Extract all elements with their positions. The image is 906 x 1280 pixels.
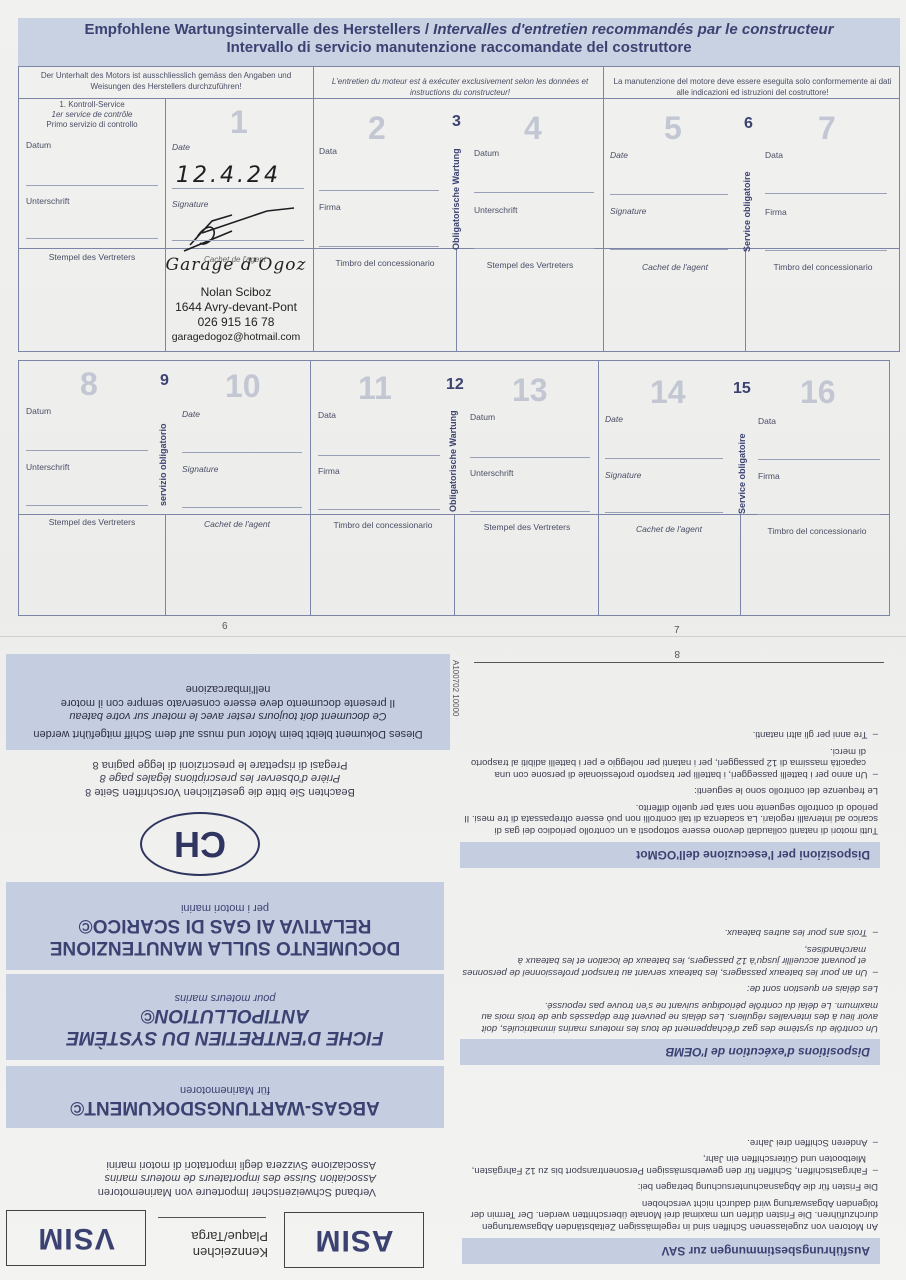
stamp-label: Cachet de l'agent xyxy=(600,524,738,534)
back-cover-upside-down: Ausführungsbestimmungen zur SAV An Motor… xyxy=(0,640,906,1280)
date-label: Date xyxy=(605,414,623,424)
divider xyxy=(313,66,314,352)
subtitle-it: per i motori marini xyxy=(6,902,444,914)
section-sav-title: Ausführungsbestimmungen zur SAV xyxy=(462,1238,880,1264)
section-sav-body: An Motoren von zugelassenen Schiffen sin… xyxy=(462,1132,878,1233)
header-title-line1: Empfohlene Wartungsintervalle des Herste… xyxy=(18,21,900,38)
mandatory-label-3: Obligatorische Wartung xyxy=(451,148,461,250)
first-service-de: 1. Kontroll-Service xyxy=(22,100,162,110)
signature-line xyxy=(470,511,590,512)
association-de: Verband Schweizerischer Importeure von M… xyxy=(16,1185,376,1199)
legal-ref-it: Pregasi di rispettare le prescrizioni di… xyxy=(10,758,430,772)
signature-label: Firma xyxy=(758,471,780,481)
date-label: Datum xyxy=(470,412,495,422)
date-line xyxy=(474,192,594,193)
date-label: Date xyxy=(172,142,190,152)
plate-entry-line[interactable] xyxy=(158,1217,266,1218)
signature-label: Unterschrift xyxy=(470,468,513,478)
ogmot-bullet: – Tre anni per gli altri natanti. xyxy=(462,729,878,741)
section-sav-header: Ausführungsbestimmungen zur SAV xyxy=(462,1238,880,1264)
service-number-5: 5 xyxy=(664,110,682,147)
subtitle-de: für Marinemotoren xyxy=(6,1084,444,1096)
notice-fr: Ce document doit toujours rester avec le… xyxy=(26,709,430,723)
mandatory-label-6: Service obligatoire xyxy=(742,171,752,252)
legal-ref-fr: Prière d'observer les prescriptions léga… xyxy=(10,771,430,785)
date-line xyxy=(318,455,440,456)
section-oemb-header: Dispositions d'exécution de l'OEMB xyxy=(460,1039,880,1065)
date-label: Date xyxy=(610,150,628,160)
title-it-band: DOCUMENTO SULLA MANUTENZIONE RELATIVA AI… xyxy=(6,882,444,970)
date-line xyxy=(182,452,302,453)
date-label: Datum xyxy=(26,406,51,416)
stamp-label: Stempel des Vertreters xyxy=(458,522,596,532)
header-title-it: Intervallo di servicio manutenzione racc… xyxy=(18,39,900,56)
sav-bullet: – Fahrgastschiffen, Schiffen für den gew… xyxy=(462,1153,878,1176)
divider xyxy=(454,514,455,616)
date-line xyxy=(605,458,723,459)
date-line xyxy=(470,457,590,458)
service-number-15: 15 xyxy=(733,380,751,398)
service-number-16: 16 xyxy=(800,374,836,411)
ogmot-paragraph: Tutti motori di natanti collaudati devon… xyxy=(462,802,878,837)
signature-label: Firma xyxy=(765,207,787,217)
date-label: Data xyxy=(318,410,336,420)
rule xyxy=(474,662,884,663)
association-names: Verband Schweizerischer Importeure von M… xyxy=(16,1158,376,1199)
stamp-label: Stempel des Vertreters xyxy=(460,260,600,270)
notice-de: Dieses Dokument bleibt beim Motor und mu… xyxy=(26,727,430,741)
print-code: A100702 10000 xyxy=(451,660,460,717)
stamp-label: Cachet de l'agent xyxy=(606,262,744,272)
plate-label: Kennzeichen Plaque/Targa xyxy=(191,1228,268,1260)
service-number-6: 6 xyxy=(744,115,753,133)
notice-it: Il presente documento deve essere conser… xyxy=(26,682,430,709)
oemb-bullet: – Un an pour les bateaux passagers, les … xyxy=(462,944,878,979)
intervals-header: Empfohlene Wartungsintervalle des Herste… xyxy=(18,18,900,66)
service-number-2: 2 xyxy=(368,110,386,147)
first-service-label: 1. Kontroll-Service 1er service de contr… xyxy=(22,100,162,130)
intro-it: La manutenzione del motore deve essere e… xyxy=(610,76,895,98)
header-title-fr: Intervalles d'entretien recommandés par … xyxy=(433,21,833,38)
page-number: 8 xyxy=(674,648,680,659)
signature-line xyxy=(182,507,302,508)
fold-line xyxy=(0,636,906,637)
oemb-bullet-text: Trois ans pour les autres bateaux. xyxy=(725,928,868,939)
ch-country-oval: CH xyxy=(140,812,260,876)
intro-fr: L'entretien du moteur est à exécuter exc… xyxy=(330,76,590,98)
plate-label-fr-it: Plaque/Targa xyxy=(191,1228,268,1244)
signature-line xyxy=(765,250,887,251)
date-line xyxy=(319,190,439,191)
date-label: Data xyxy=(319,146,337,156)
ogmot-bullet-text: Un anno per i battelli passeggeri, i bat… xyxy=(471,746,867,780)
signature-line xyxy=(605,512,723,513)
signature-line xyxy=(172,240,304,241)
divider xyxy=(603,66,604,352)
date-line xyxy=(26,185,158,186)
title-fr: FICHE D'ENTRETIEN DU SYSTÈME ANTIPOLLUTI… xyxy=(6,1004,444,1048)
stamp-label: Stempel des Vertreters xyxy=(22,252,162,262)
oemb-paragraph: Les délais en question sont de: xyxy=(462,983,878,995)
dealer-stamp: Cachet de l'agent Garage d'Ogoz Nolan Sc… xyxy=(162,255,310,345)
service-number-11: 11 xyxy=(358,370,392,407)
divider xyxy=(18,98,900,99)
stamp-label: Cachet de l'agent xyxy=(204,255,266,264)
date-line xyxy=(610,194,728,195)
association-it: Associazione Svizzera degli importatori … xyxy=(16,1158,376,1172)
oemb-bullet: – Trois ans pour les autres bateaux. xyxy=(462,927,878,939)
mandatory-label-9: servizio obligatorio xyxy=(158,423,168,506)
date-label: Datum xyxy=(26,140,51,150)
legal-reference: Beachten Sie bitte die gesetzlichen Vors… xyxy=(10,758,430,799)
divider xyxy=(310,360,311,616)
asim-logo: ASIM xyxy=(284,1212,424,1268)
service-number-1: 1 xyxy=(230,104,248,141)
signature-line xyxy=(26,505,148,506)
association-fr: Association Suisse des importateurs de m… xyxy=(16,1171,376,1185)
vsim-logo: VSIM xyxy=(6,1210,146,1266)
signature-label: Signature xyxy=(605,470,641,480)
oemb-paragraph: Un contrôle du système des gaz d'échappe… xyxy=(462,1000,878,1035)
service-number-7: 7 xyxy=(818,110,836,147)
maintenance-booklet-page: Empfohlene Wartungsintervalle des Herste… xyxy=(0,0,906,1280)
service-1-signature-icon xyxy=(172,203,302,253)
notice-band: Dieses Dokument bleibt beim Motor und mu… xyxy=(6,654,450,750)
service-number-8: 8 xyxy=(80,366,98,403)
stamp-label: Timbro del concessionario xyxy=(314,520,452,530)
signature-line xyxy=(26,238,158,239)
signature-line xyxy=(319,246,439,247)
stamp-label: Cachet de l'agent xyxy=(168,519,306,529)
stamp-label: Timbro del concessionario xyxy=(316,258,454,268)
section-oemb-body: Un contrôle du système des gaz d'échappe… xyxy=(462,922,878,1034)
stamp-label: Timbro del concessionario xyxy=(748,262,898,272)
service-number-3: 3 xyxy=(452,113,461,131)
signature-label: Signature xyxy=(610,206,646,216)
section-ogmot-header: Disposizioni per l'esecuzione dell'OGMot xyxy=(460,842,880,868)
subtitle-fr: pour moteurs marins xyxy=(6,992,444,1004)
divider xyxy=(598,360,599,616)
title-de: ABGAS-WARTUNGSDOKUMENT© xyxy=(6,1096,444,1118)
date-line xyxy=(26,450,148,451)
ogmot-bullet-text: Tre anni per gli altri natanti. xyxy=(753,730,868,741)
stamp-email: garagedogoz@hotmail.com xyxy=(162,330,310,345)
first-service-fr: 1er service de contrôle xyxy=(22,110,162,120)
signature-label: Firma xyxy=(319,202,341,212)
signature-line xyxy=(474,248,594,249)
stamp-label: Timbro del concessionario xyxy=(744,526,890,536)
date-label: Datum xyxy=(474,148,499,158)
service-number-13: 13 xyxy=(512,372,548,409)
header-title-de: Empfohlene Wartungsintervalle des Herste… xyxy=(84,21,433,38)
signature-label: Signature xyxy=(182,464,218,474)
service-number-10: 10 xyxy=(225,368,261,405)
service-number-9: 9 xyxy=(160,372,169,390)
divider xyxy=(456,248,457,352)
first-service-it: Primo servizio di controllo xyxy=(22,120,162,130)
legal-ref-de: Beachten Sie bitte die gesetzlichen Vors… xyxy=(10,785,430,799)
service-number-12: 12 xyxy=(446,376,464,394)
stamp-label: Stempel des Vertreters xyxy=(22,517,162,527)
date-line xyxy=(758,459,880,460)
section-ogmot-title: Disposizioni per l'esecuzione dell'OGMot xyxy=(460,842,880,868)
mandatory-label-15: Service obligatoire xyxy=(737,433,747,514)
sav-bullet-text: Fahrgastschiffen, Schiffen für den gewer… xyxy=(472,1154,868,1177)
date-line xyxy=(765,193,887,194)
signature-label: Firma xyxy=(318,466,340,476)
date-label: Data xyxy=(758,416,776,426)
sav-paragraph: Die Fristen für die Abgasnachuntersuchun… xyxy=(462,1181,878,1193)
ogmot-paragraph: Le frequenze del controllo sono le segue… xyxy=(462,785,878,797)
divider xyxy=(740,514,741,616)
stamp-name: Nolan Sciboz xyxy=(162,285,310,300)
date-label: Data xyxy=(765,150,783,160)
signature-label: Unterschrift xyxy=(474,205,517,215)
date-line xyxy=(172,188,304,189)
signature-line xyxy=(610,249,728,250)
divider xyxy=(745,248,746,352)
date-label: Date xyxy=(182,409,200,419)
sav-bullet-text: Anderen Schiffen drei Jahre. xyxy=(747,1137,867,1148)
signature-label: Unterschrift xyxy=(26,196,69,206)
ogmot-bullet: – Un anno per i battelli passeggeri, i b… xyxy=(462,746,878,781)
signature-line xyxy=(758,514,880,515)
section-ogmot-body: Tutti motori di natanti collaudati devon… xyxy=(462,724,878,836)
oemb-bullet-text: Un an pour les bateaux passagers, les ba… xyxy=(462,944,867,978)
divider xyxy=(165,514,166,616)
stamp-address: 1644 Avry-devant-Pont xyxy=(162,300,310,315)
intro-de: Der Unterhalt des Motors ist ausschliess… xyxy=(22,70,310,92)
mandatory-label-12: Obligatorische Wartung xyxy=(448,410,458,512)
service-number-4: 4 xyxy=(524,110,542,147)
stamp-phone: 026 915 16 78 xyxy=(162,315,310,330)
plate-label-de: Kennzeichen xyxy=(191,1244,268,1260)
service-1-date-handwritten[interactable]: 12.4.24 xyxy=(176,163,281,188)
sav-bullet: – Anderen Schiffen drei Jahre. xyxy=(462,1137,878,1149)
service-number-14: 14 xyxy=(650,374,686,411)
signature-line xyxy=(318,509,440,510)
title-de-band: ABGAS-WARTUNGSDOKUMENT© für Marinemotore… xyxy=(6,1066,444,1128)
title-fr-band: FICHE D'ENTRETIEN DU SYSTÈME ANTIPOLLUTI… xyxy=(6,974,444,1060)
notice-text: Dieses Dokument bleibt beim Motor und mu… xyxy=(6,672,450,750)
title-it: DOCUMENTO SULLA MANUTENZIONE RELATIVA AI… xyxy=(6,914,444,958)
section-oemb-title: Dispositions d'exécution de l'OEMB xyxy=(460,1039,880,1065)
signature-label: Unterschrift xyxy=(26,462,69,472)
sav-paragraph: An Motoren von zugelassenen Schiffen sin… xyxy=(462,1198,878,1233)
page-number: 6 xyxy=(222,621,228,632)
page-number: 7 xyxy=(674,625,680,636)
